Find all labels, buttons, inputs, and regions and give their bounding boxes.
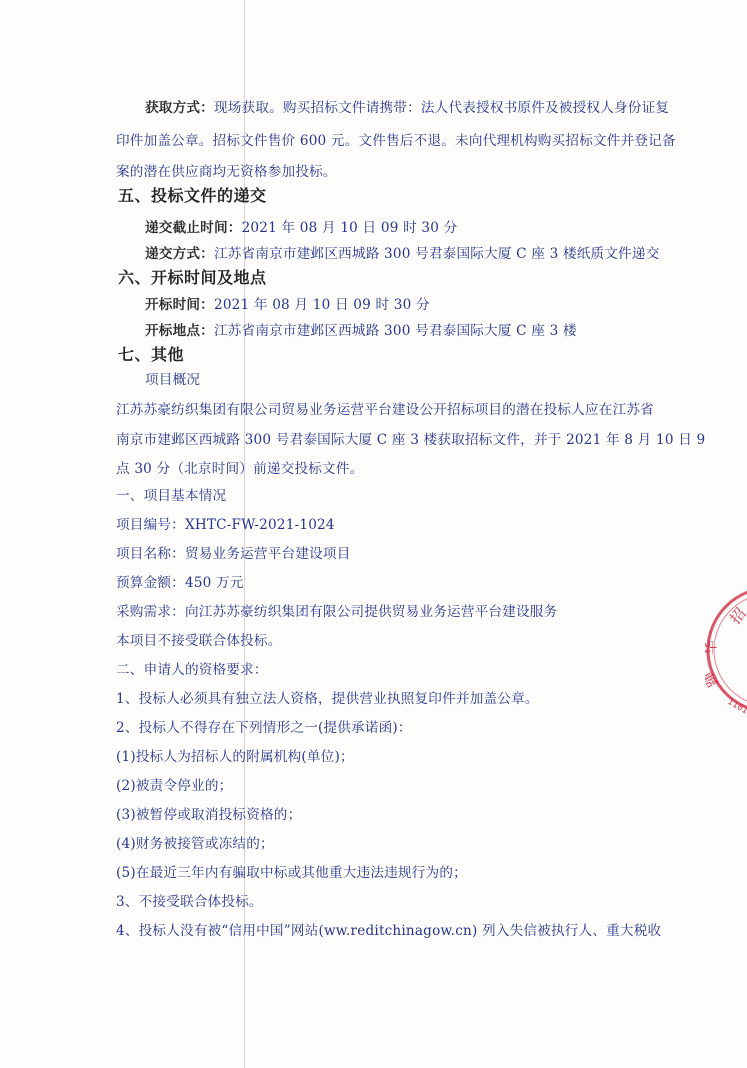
qualification-item: 3、不接受联合体投标。 <box>116 893 263 911</box>
seal-char: 踵 <box>705 668 722 690</box>
deadline-value: 2021 年 08 月 10 日 09 时 30 分 <box>242 220 458 236</box>
qualification-item: (4)财务被接管或冻结的； <box>116 835 274 853</box>
section-5-heading: 五、投标文件的递交 <box>118 186 267 206</box>
qualifications-heading: 二、申请人的资格要求： <box>116 661 268 679</box>
qualification-item: (5)在最近三年内有骗取中标或其他重大违法违规行为的； <box>116 864 467 882</box>
deadline-label: 递交截止时间： <box>145 220 242 236</box>
qualification-item: 2、投标人不得存在下列情形之一(提供承诺函)： <box>116 719 412 737</box>
acquisition-label: 获取方式： <box>145 100 214 116</box>
company-seal-stamp: 招 华 踵 1101 <box>705 585 747 715</box>
opening-time-line: 开标时间：2021 年 08 月 10 日 09 时 30 分 <box>145 296 430 314</box>
overview-line-2: 南京市建邺区西城路 300 号君泰国际大厦 C 座 3 楼获取招标文件，并于 2… <box>116 431 705 449</box>
submission-method-line: 递交方式：江苏省南京市建邺区西城路 300 号君泰国际大厦 C 座 3 楼纸质文… <box>145 245 660 263</box>
budget-amount: 预算金额：450 万元 <box>116 574 244 592</box>
document-page: 获取方式：现场获取。购买招标文件请携带：法人代表授权书原件及被授权人身份证复 印… <box>0 0 747 1068</box>
basic-info-heading: 一、项目基本情况 <box>116 487 226 505</box>
overview-line-1: 江苏苏豪纺织集团有限公司贸易业务运营平台建设公开招标项目的潜在投标人应在江苏省 <box>116 401 654 419</box>
project-overview-subheading: 项目概况 <box>145 371 200 389</box>
project-name: 项目名称：贸易业务运营平台建设项目 <box>116 545 351 563</box>
opening-place-line: 开标地点：江苏省南京市建邺区西城路 300 号君泰国际大厦 C 座 3 楼 <box>145 322 577 340</box>
qualification-item: (1)投标人为招标人的附属机构(单位)； <box>116 748 354 766</box>
opening-time-value: 2021 年 08 月 10 日 09 时 30 分 <box>214 297 430 313</box>
qualification-item: (3)被暂停或取消投标资格的； <box>116 806 301 824</box>
project-number: 项目编号：XHTC-FW-2021-1024 <box>116 516 335 534</box>
acquisition-line-1: 获取方式：现场获取。购买招标文件请携带：法人代表授权书原件及被授权人身份证复 <box>145 99 669 117</box>
acquisition-line-2: 印件加盖公章。招标文件售价 600 元。文件售后不退。未向代理机构购买招标文件并… <box>116 132 676 150</box>
deadline-line: 递交截止时间：2021 年 08 月 10 日 09 时 30 分 <box>145 219 457 237</box>
seal-number: 1101 <box>726 697 747 715</box>
qualification-item: (2)被责令停业的； <box>116 777 232 795</box>
acquisition-line-3: 案的潜在供应商均无资格参加投标。 <box>116 163 337 181</box>
overview-line-3: 点 30 分（北京时间）前递交投标文件。 <box>116 460 363 478</box>
opening-place-value: 江苏省南京市建邺区西城路 300 号君泰国际大厦 C 座 3 楼 <box>214 323 577 339</box>
seal-char: 招 <box>726 604 747 627</box>
submission-method-label: 递交方式： <box>145 246 214 262</box>
acquisition-text: 现场获取。购买招标文件请携带：法人代表授权书原件及被授权人身份证复 <box>214 100 669 116</box>
qualification-item: 4、投标人没有被“信用中国”网站(ww.reditchinagow.cn) 列入… <box>116 922 661 940</box>
section-6-heading: 六、开标时间及地点 <box>118 268 267 288</box>
no-consortium-note: 本项目不接受联合体投标。 <box>116 632 282 650</box>
opening-time-label: 开标时间： <box>145 297 214 313</box>
seal-char: 华 <box>705 640 719 655</box>
section-7-heading: 七、其他 <box>118 345 184 365</box>
procurement-requirement: 采购需求：向江苏苏豪纺织集团有限公司提供贸易业务运营平台建设服务 <box>116 603 557 621</box>
qualification-item: 1、投标人必须具有独立法人资格，提供营业执照复印件并加盖公章。 <box>116 690 539 708</box>
submission-method-value: 江苏省南京市建邺区西城路 300 号君泰国际大厦 C 座 3 楼纸质文件递交 <box>214 246 660 262</box>
opening-place-label: 开标地点： <box>145 323 214 339</box>
